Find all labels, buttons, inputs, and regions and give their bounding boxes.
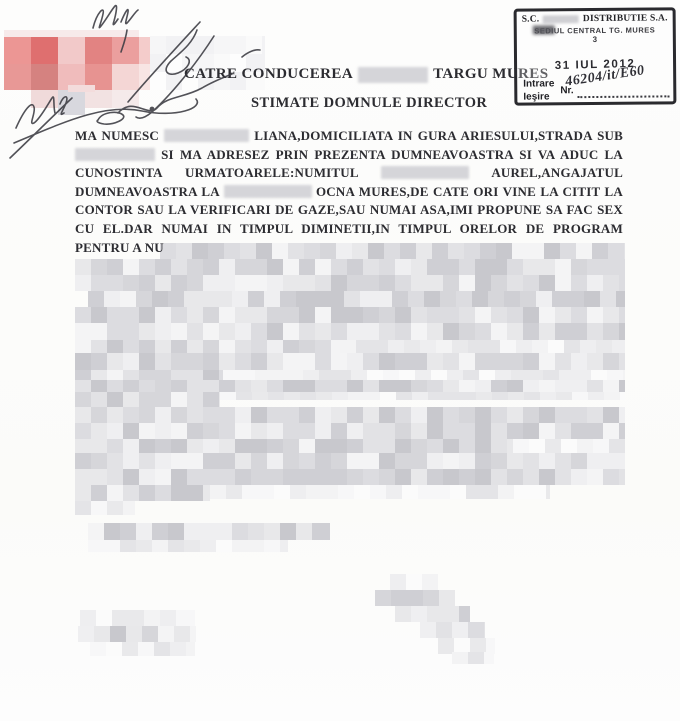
stamp-company-prefix: S.C. <box>522 14 540 24</box>
body-line: CU EL.DAR NUMAI IN TIMPUL DIMINETII,IN T… <box>75 220 623 239</box>
body-line-text: CUNOSTINTA URMATOARELE:NUMITUL <box>75 165 358 180</box>
body-line-text: CONTOR SAU LA VERIFICARI DE GAZE,SAU NUM… <box>75 202 623 217</box>
stamp-company-name: DISTRIBUTIE S.A. <box>583 13 668 24</box>
salutation: STIMATE DOMNULE DIRECTOR <box>251 95 487 112</box>
redaction-block <box>532 25 554 34</box>
body-line: PENTRU A NU <box>75 239 623 258</box>
body-line: SI MA ADRESEZ PRIN PREZENTA DUMNEAVOASTR… <box>75 146 623 165</box>
stamp-entry-exit-labels: Intrare Ieşire <box>523 77 554 103</box>
body-text: MA NUMESC LIANA,DOMICILIATA IN GURA ARIE… <box>75 127 623 257</box>
body-line-text: PENTRU A NU <box>75 240 164 255</box>
stamp-company-line: S.C. DISTRIBUTIE S.A. <box>522 13 668 24</box>
registration-stamp: S.C. DISTRIBUTIE S.A. SEDIUL CENTRAL TG.… <box>514 7 677 105</box>
body-line-text: LIANA,DOMICILIATA IN GURA ARIESULUI,STRA… <box>254 128 623 143</box>
redaction-block <box>381 166 469 179</box>
body-line-text: DUMNEAVOASTRA LA <box>75 184 219 199</box>
body-line-text: SI MA ADRESEZ PRIN PREZENTA DUMNEAVOASTR… <box>161 147 623 162</box>
redaction-block <box>224 185 312 198</box>
address-line: CATRE CONDUCEREA TARGU MURES <box>184 66 548 83</box>
body-line: MA NUMESC LIANA,DOMICILIATA IN GURA ARIE… <box>75 127 623 146</box>
body-line-text: OCNA MURES,DE CATE ORI VINE LA CITIT LA <box>316 184 623 199</box>
body-line-text: CU EL.DAR NUMAI IN TIMPUL DIMINETII,IN T… <box>75 221 623 236</box>
redaction-block <box>543 15 579 23</box>
redaction-block <box>358 67 428 83</box>
redaction-block <box>164 129 249 142</box>
address-line-pre: CATRE CONDUCEREA <box>184 66 353 83</box>
body-line: CONTOR SAU LA VERIFICARI DE GAZE,SAU NUM… <box>75 201 623 220</box>
stamp-exit-label: Ieşire <box>523 90 554 103</box>
redaction-block <box>75 148 155 161</box>
body-line: CUNOSTINTA URMATOARELE:NUMITUL AUREL,ANG… <box>75 164 623 183</box>
stamp-entry-label: Intrare <box>523 77 554 90</box>
stamp-office-number: 3 <box>517 34 673 44</box>
scanned-letter-page: CATRE CONDUCEREA TARGU MURES STIMATE DOM… <box>0 0 680 721</box>
body-line-text: MA NUMESC <box>75 128 159 143</box>
body-line: DUMNEAVOASTRA LA OCNA MURES,DE CATE ORI … <box>75 183 623 202</box>
body-line-text: AUREL,ANGAJATUL <box>491 165 623 180</box>
